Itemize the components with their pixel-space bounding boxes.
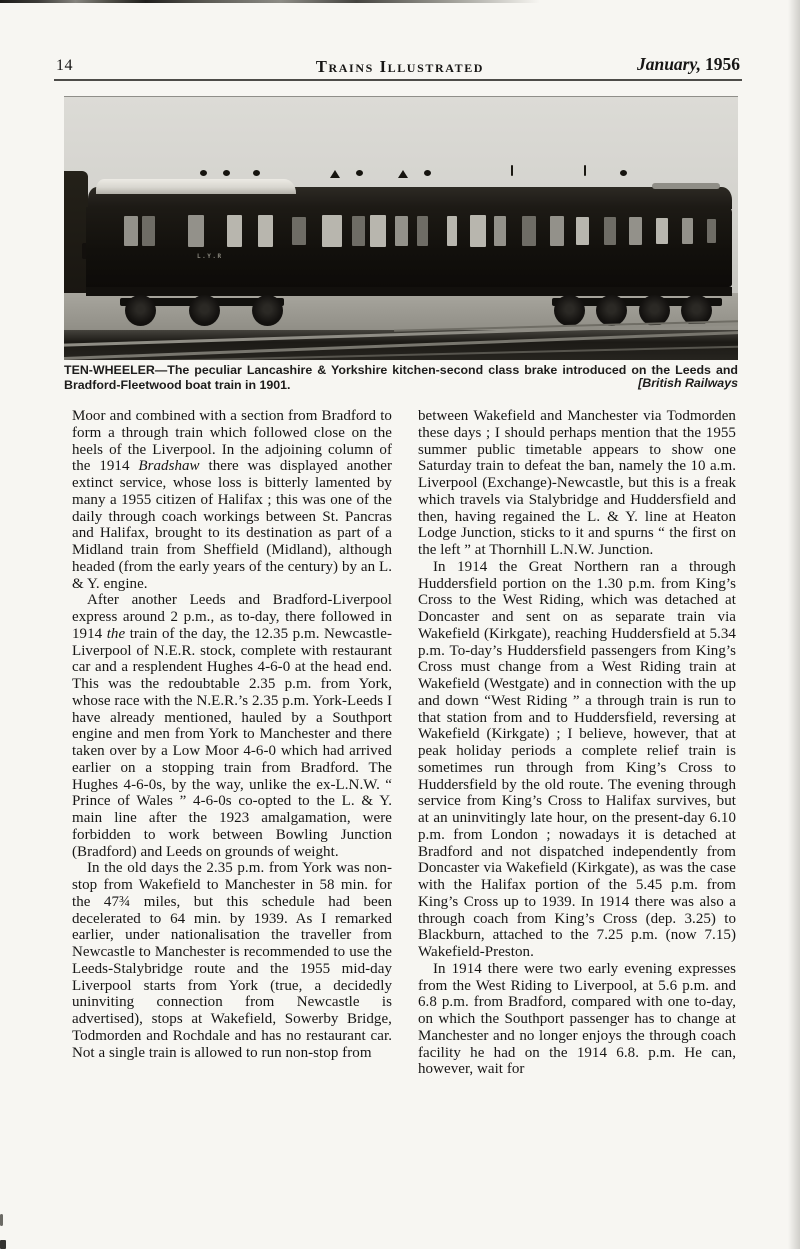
carriage-window xyxy=(352,216,365,246)
scan-edge-shadow xyxy=(788,0,800,1249)
wheel-icon xyxy=(125,295,156,326)
wheel-icon xyxy=(596,295,627,326)
roof-ventilator-icon xyxy=(584,165,586,176)
page-header: 14 Trains Illustrated January,1956 xyxy=(0,50,800,80)
carriage-roof-highlight xyxy=(652,183,720,189)
text-run: Bradshaw xyxy=(138,458,199,474)
carriage-clerestory-roof xyxy=(96,179,296,194)
paragraph: In 1914 the Great Northern ran a through… xyxy=(418,559,736,961)
text-run: In the old days the 2.35 p.m. from York … xyxy=(72,860,392,1060)
carriage-window xyxy=(227,215,242,247)
photograph: L.Y.R xyxy=(64,96,738,360)
carriage-window xyxy=(395,216,408,246)
scan-speck xyxy=(0,1214,3,1226)
text-run: In 1914 the Great Northern ran a through… xyxy=(418,559,736,960)
paragraph: In 1914 there were two early evening exp… xyxy=(418,961,736,1078)
roof-ventilator-icon xyxy=(620,170,627,176)
carriage-window xyxy=(258,215,273,247)
carriage-underframe xyxy=(86,287,732,296)
carriage-window xyxy=(142,216,155,246)
carriage-window xyxy=(370,215,386,247)
article-column-right: between Wakefield and Manchester via Tod… xyxy=(418,408,736,1078)
carriage-window xyxy=(656,218,668,244)
roof-ventilator-icon xyxy=(200,170,207,176)
roof-ventilator-icon xyxy=(356,170,363,176)
header-rule xyxy=(54,79,742,81)
scan-speck xyxy=(0,1240,6,1249)
roof-ventilator-icon xyxy=(253,170,260,176)
paragraph: In the old days the 2.35 p.m. from York … xyxy=(72,860,392,1061)
carriage-window xyxy=(292,217,306,245)
magazine-page: 14 Trains Illustrated January,1956 L.Y.R… xyxy=(0,0,800,1249)
wheel-icon xyxy=(189,295,220,326)
text-run: train of the day, the 12.35 p.m. Newcast… xyxy=(72,626,392,860)
paragraph: After another Leeds and Bradford-Liverpo… xyxy=(72,592,392,860)
text-run: between Wakefield and Manchester via Tod… xyxy=(418,408,736,558)
paragraph: between Wakefield and Manchester via Tod… xyxy=(418,408,736,559)
carriage-window xyxy=(550,216,564,246)
roof-ventilator-icon xyxy=(424,170,431,176)
article-column-left: Moor and combined with a section from Br… xyxy=(72,408,392,1078)
text-run: the xyxy=(107,626,125,642)
wheel-icon xyxy=(252,295,283,326)
photo-credit: [British Railways xyxy=(632,376,738,391)
paragraph: Moor and combined with a section from Br… xyxy=(72,408,392,592)
text-run: there was displayed another extinct serv… xyxy=(72,458,392,591)
carriage-window xyxy=(522,216,536,246)
carriage-window xyxy=(470,215,486,247)
carriage-lettering: L.Y.R xyxy=(197,253,223,260)
issue-year: 1956 xyxy=(705,54,740,74)
photo-caption-block: TEN-WHEELER—The peculiar Lancashire & Yo… xyxy=(64,363,738,393)
carriage-window xyxy=(188,215,204,247)
roof-ventilator-icon xyxy=(330,170,340,178)
carriage-window xyxy=(417,216,428,246)
carriage-window xyxy=(447,216,457,246)
carriage-window xyxy=(707,219,716,243)
issue-month: January, xyxy=(637,54,701,74)
carriage-window xyxy=(322,215,342,247)
carriage-window xyxy=(629,217,642,245)
roof-ventilator-icon xyxy=(398,170,408,178)
roof-ventilator-icon xyxy=(223,170,230,176)
wheel-icon xyxy=(554,295,585,326)
issue-date: January,1956 xyxy=(637,54,740,75)
text-run: In 1914 there were two early evening exp… xyxy=(418,961,736,1078)
carriage-window xyxy=(576,217,589,245)
carriage-window xyxy=(604,217,616,245)
carriage-window xyxy=(682,218,693,244)
carriage-window xyxy=(124,216,138,246)
article-body: Moor and combined with a section from Br… xyxy=(72,408,736,1078)
carriage-window xyxy=(494,216,506,246)
scan-edge-artifact xyxy=(0,0,540,3)
roof-ventilator-icon xyxy=(511,165,513,176)
